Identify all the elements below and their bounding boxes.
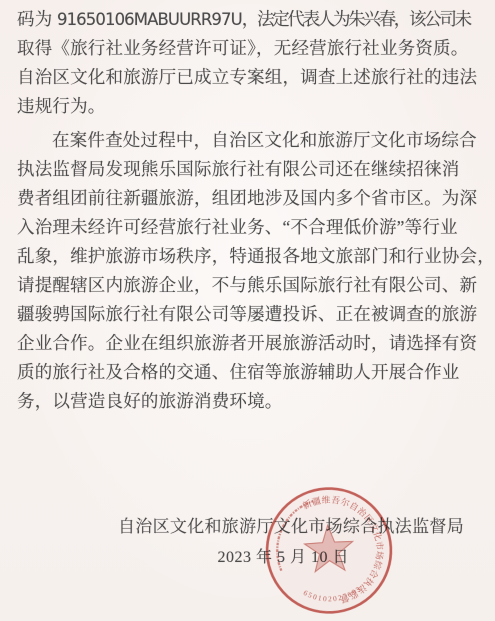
body-line: 在案件查处过程中，自治区文化和旅游厅文化市场综合 xyxy=(17,126,483,155)
body-line: 质的旅行社及合格的交通、住宿等旅游辅助人开展合作业 xyxy=(17,358,483,387)
body-line: 自治区文化和旅游厅已成立专案组，调查上述旅行社的违法 xyxy=(17,63,483,92)
body-line: 入治理未经许可经营旅行社业务、“不合理低价游”等行业 xyxy=(17,213,483,242)
body-line: 疆骏骋国际旅行社有限公司等屡遭投诉、正在被调查的旅游 xyxy=(17,300,483,329)
body-line: 码为 91650106MABUURR97U，法定代表人为朱兴春，该公司未 xyxy=(17,5,483,34)
line1-prefix: 码为 xyxy=(17,9,57,29)
body-line: 务，以营造良好的旅游消费环境。 xyxy=(17,387,483,416)
official-seal: 新疆维吾尔自治区文化市场综合执法监督局 6501020276932 xyxy=(258,477,399,621)
body-line: 取得《旅行社业务经营许可证》，无经营旅行社业务资质。 xyxy=(17,34,483,63)
credit-code: 91650106MABUURR97U xyxy=(57,10,242,29)
line1-suffix: ，法定代表人为朱兴春，该公司未 xyxy=(242,9,470,29)
scanned-notice-page: 码为 91650106MABUURR97U，法定代表人为朱兴春，该公司未 取得《… xyxy=(0,0,495,621)
body-line: 请提醒辖区内旅游企业，不与熊乐国际旅行社有限公司、新 xyxy=(17,271,483,300)
body-line: 违规行为。 xyxy=(17,92,483,121)
body-line: 执法监督局发现熊乐国际旅行社有限公司还在继续招徕消 xyxy=(17,155,483,184)
notice-body: 码为 91650106MABUURR97U，法定代表人为朱兴春，该公司未 取得《… xyxy=(17,5,483,416)
body-line: 企业合作。企业在组织旅游者开展旅游活动时，请选择有资 xyxy=(17,329,483,358)
body-line: 乱象，维护旅游市场秩序，特通报各地文旅部门和行业协会， xyxy=(17,242,483,271)
body-line: 费者组团前往新疆旅游，组团地涉及国内多个省市区。为深 xyxy=(17,184,483,213)
